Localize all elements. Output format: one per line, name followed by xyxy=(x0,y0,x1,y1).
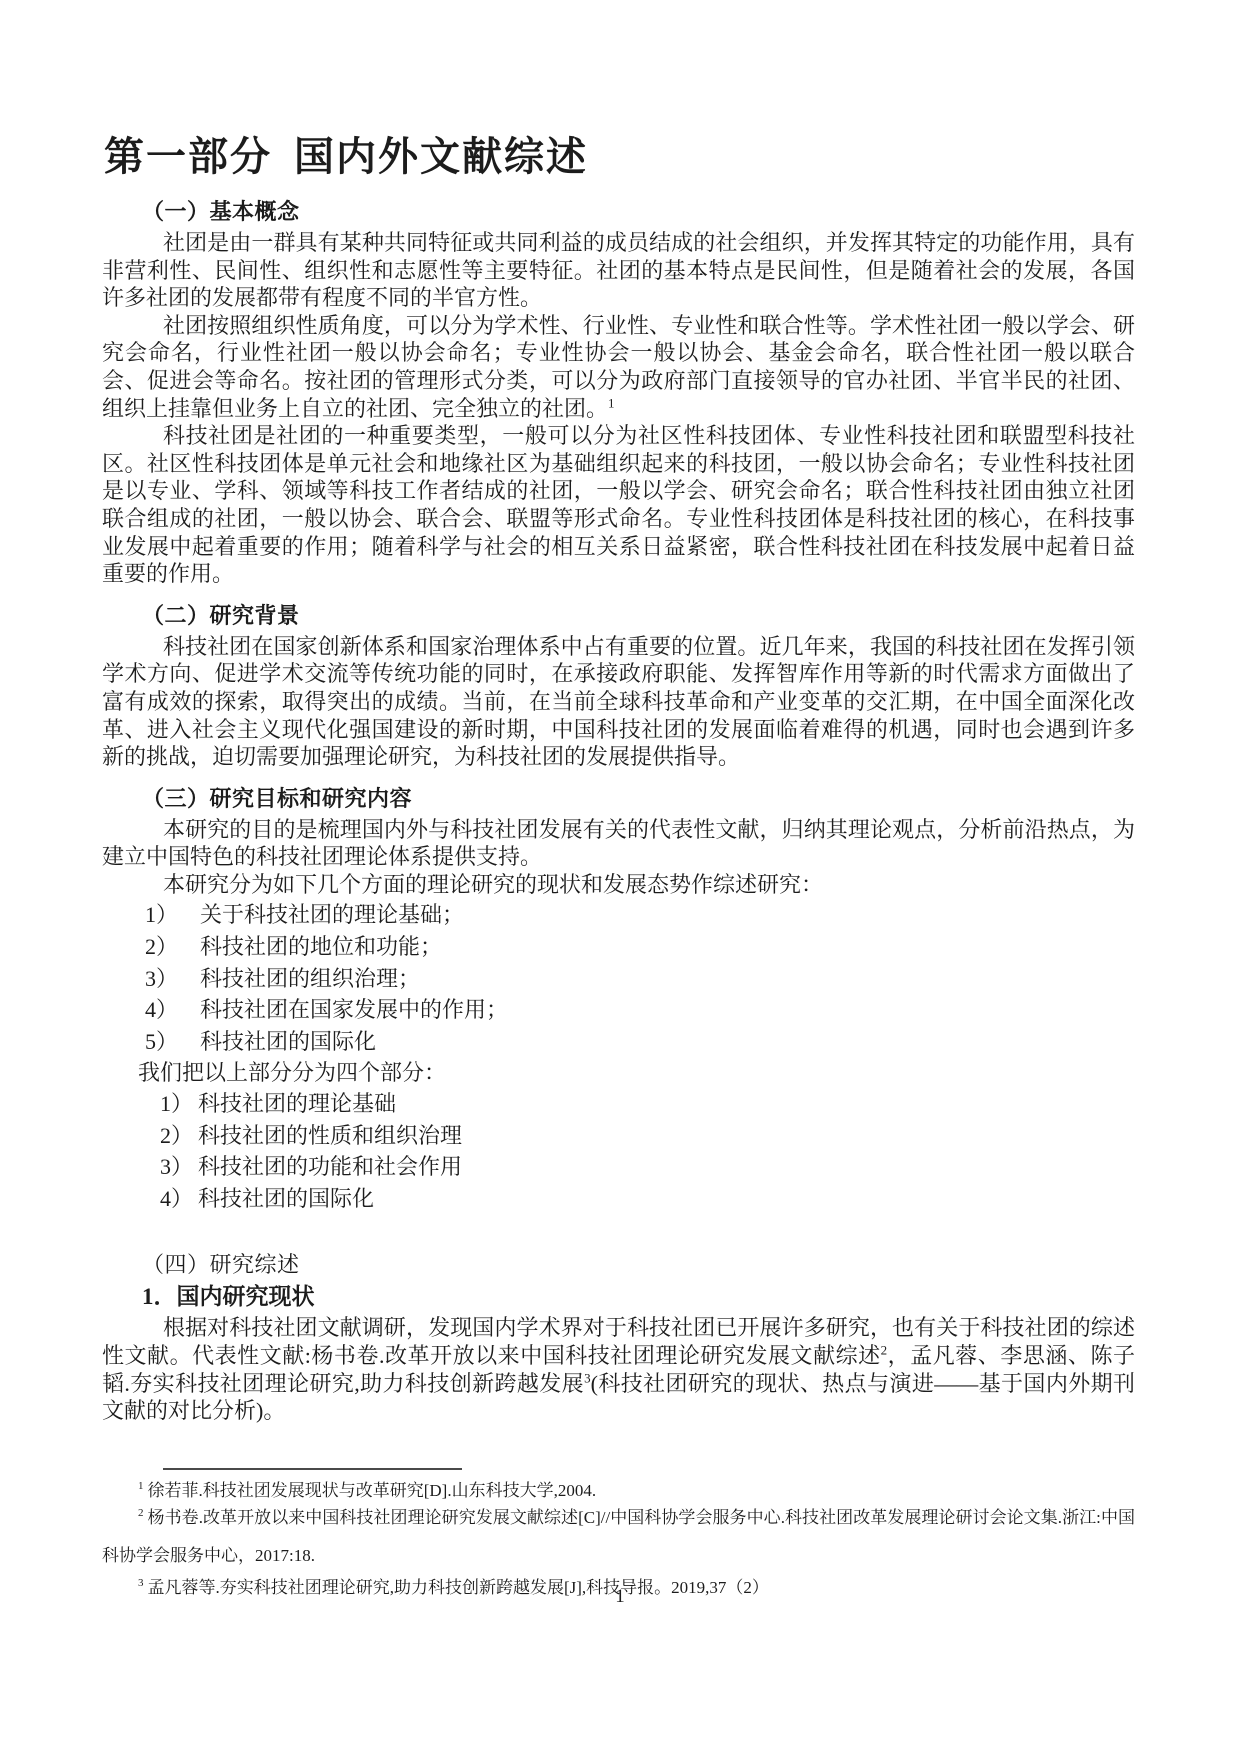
list-item-number: 4） xyxy=(160,1185,198,1213)
list-item-number: 4） xyxy=(145,996,200,1024)
footnote-marker: 2 xyxy=(138,1507,144,1519)
list-item-text: 科技社团的国际化 xyxy=(198,1186,374,1211)
list-item: 4）科技社团在国家发展中的作用； xyxy=(145,996,1135,1024)
footnote-text: 徐若菲.科技社团发展现状与改革研究[D].山东科技大学,2004. xyxy=(148,1481,597,1500)
section-2-heading: （二）研究背景 xyxy=(142,601,1135,630)
list-item: 2）科技社团的性质和组织治理 xyxy=(160,1122,1135,1150)
list-item-number: 2） xyxy=(160,1122,198,1150)
section-1-paragraph-3: 科技社团是社团的一种重要类型，一般可以分为社区性科技团体、专业性科技社团和联盟型… xyxy=(102,422,1135,588)
list-item-text: 科技社团的国际化 xyxy=(200,1029,376,1054)
list-item-number: 2） xyxy=(145,933,200,961)
list-item-text: 科技社团的地位和功能； xyxy=(200,934,442,959)
footnote-ref-1: 1 xyxy=(608,395,615,410)
section-4-paragraph-1: 根据对科技社团文献调研，发现国内学术界对于科技社团已开展许多研究，也有关于科技社… xyxy=(102,1314,1135,1424)
section-3-paragraph-2: 本研究分为如下几个方面的理论研究的现状和发展态势作综述研究： xyxy=(102,871,1135,899)
list-item-number: 1） xyxy=(160,1090,198,1118)
list-item: 3）科技社团的组织治理； xyxy=(145,965,1135,993)
section-1-paragraph-2: 社团按照组织性质角度，可以分为学术性、行业性、专业性和联合性等。学术性社团一般以… xyxy=(102,312,1135,422)
footnote-separator-line xyxy=(163,1468,462,1470)
page-number: 1 xyxy=(0,1586,1240,1608)
list-item-text: 科技社团的组织治理； xyxy=(200,966,420,991)
section-3-paragraph-1: 本研究的目的是梳理国内外与科技社团发展有关的代表性文献，归纳其理论观点，分析前沿… xyxy=(102,816,1135,871)
section-2-paragraph-1: 科技社团在国家创新体系和国家治理体系中占有重要的位置。近几年来，我国的科技社团在… xyxy=(102,633,1135,771)
page-content: 第一部分 国内外文献综述 （一）基本概念 社团是由一群具有某种共同特征或共同利益… xyxy=(102,0,1135,1425)
list-item-text: 关于科技社团的理论基础； xyxy=(200,902,464,927)
document-page: 第一部分 国内外文献综述 （一）基本概念 社团是由一群具有某种共同特征或共同利益… xyxy=(0,0,1240,1753)
list-item-number: 1） xyxy=(145,901,200,929)
list-item: 3）科技社团的功能和社会作用 xyxy=(160,1153,1135,1181)
document-title: 第一部分 国内外文献综述 xyxy=(104,130,1135,184)
numbered-list-four-parts: 1）科技社团的理论基础 2）科技社团的性质和组织治理 3）科技社团的功能和社会作… xyxy=(102,1090,1135,1212)
section-3-heading: （三）研究目标和研究内容 xyxy=(142,784,1135,813)
list-item: 4）科技社团的国际化 xyxy=(160,1185,1135,1213)
list-item-text: 科技社团的性质和组织治理 xyxy=(198,1123,462,1148)
list-item-number: 3） xyxy=(145,965,200,993)
footnote-2: 2杨书卷.改革开放以来中国科技社团理论研究发展文献综述[C]//中国科协学会服务… xyxy=(102,1499,1135,1575)
footnotes-area: 1徐若菲.科技社团发展现状与改革研究[D].山东科技大学,2004. 2杨书卷.… xyxy=(102,1468,1135,1600)
list-item: 2）科技社团的地位和功能； xyxy=(145,933,1135,961)
section-3-paragraph-3: 我们把以上部分分为四个部分： xyxy=(138,1059,1135,1087)
section-1-heading: （一）基本概念 xyxy=(142,197,1135,226)
footnote-text: 杨书卷.改革开放以来中国科技社团理论研究发展文献综述[C]//中国科协学会服务中… xyxy=(102,1508,1135,1565)
section-4-heading: （四）研究综述 xyxy=(142,1250,1135,1279)
list-item: 1）关于科技社团的理论基础； xyxy=(145,901,1135,929)
list-item: 1）科技社团的理论基础 xyxy=(160,1090,1135,1118)
paragraph-text: 社团按照组织性质角度，可以分为学术性、行业性、专业性和联合性等。学术性社团一般以… xyxy=(102,313,1135,421)
footnote-marker: 1 xyxy=(138,1480,144,1492)
list-item-text: 科技社团的功能和社会作用 xyxy=(198,1154,462,1179)
list-item-number: 3） xyxy=(160,1153,198,1181)
numbered-list-research-aspects: 1）关于科技社团的理论基础； 2）科技社团的地位和功能； 3）科技社团的组织治理… xyxy=(102,901,1135,1055)
list-item-number: 5） xyxy=(145,1028,200,1056)
list-item-text: 科技社团的理论基础 xyxy=(198,1091,396,1116)
section-4-subheading: 1．国内研究现状 xyxy=(142,1282,1135,1311)
list-item: 5）科技社团的国际化 xyxy=(145,1028,1135,1056)
section-1-paragraph-1: 社团是由一群具有某种共同特征或共同利益的成员结成的社会组织，并发挥其特定的功能作… xyxy=(102,229,1135,312)
list-item-text: 科技社团在国家发展中的作用； xyxy=(200,997,508,1022)
